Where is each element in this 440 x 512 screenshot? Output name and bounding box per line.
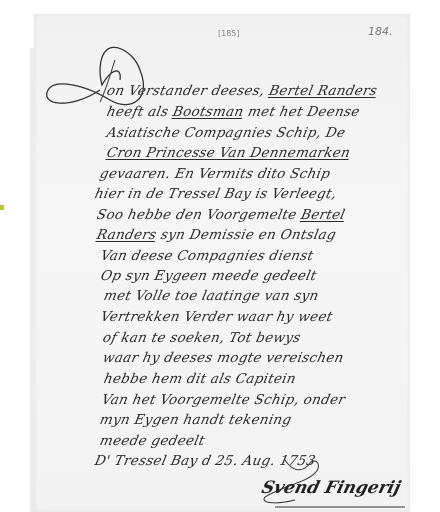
line-text: Soo hebbe den Voorgemelte xyxy=(95,207,303,223)
line-text: of kan te soeken, Tot bewys xyxy=(101,330,302,346)
manuscript-line: waar hy deeses mogte vereischen xyxy=(101,350,345,366)
manuscript-line: Vertrekken Verder waar hy weet xyxy=(99,309,334,325)
line-text: Asiatische Compagnies Schip, De xyxy=(105,125,347,141)
line-text: met Volle toe laatinge van syn xyxy=(102,288,320,304)
line-text: Vertrekken Verder waar hy weet xyxy=(99,309,334,325)
manuscript-line: Cron Princesse Van Dennemarken xyxy=(105,145,351,161)
manuscript-line: gevaaren. En Vermits dito Schip xyxy=(98,166,332,182)
line-text: myn Eygen handt tekening xyxy=(98,412,293,428)
line-text: met het Deense xyxy=(242,104,362,120)
margin-mark xyxy=(0,205,4,210)
underlined-name: Bertel Randers xyxy=(267,83,378,99)
manuscript-line: meede gedeelt xyxy=(98,433,206,449)
manuscript-line: myn Eygen handt tekening xyxy=(98,412,293,428)
manuscript-line: of kan te soeken, Tot bewys xyxy=(101,330,302,346)
manuscript-line: hier in de Tressel Bay is Verleegt, xyxy=(93,186,338,202)
manuscript-line: Op syn Eygeen meede gedeelt xyxy=(99,268,318,284)
manuscript-line: heeft als Bootsman met het Deense xyxy=(105,104,361,120)
archive-number: [185] xyxy=(218,29,240,38)
line-text: heeft als xyxy=(105,104,174,120)
manuscript-line: Asiatische Compagnies Schip, De xyxy=(105,125,347,141)
manuscript-line: Van het Voorgemelte Schip, onder xyxy=(100,392,347,408)
line-text: on Verstander deeses, xyxy=(105,83,271,99)
manuscript-line: met Volle toe laatinge van syn xyxy=(102,288,320,304)
line-text: syn Demissie en Ontslag xyxy=(155,227,338,243)
manuscript-line: hebbe hem dit als Capitein xyxy=(102,371,297,387)
signature: Svend Fingerij xyxy=(260,478,403,498)
underlined-name: Bertel xyxy=(299,207,346,223)
line-text: hebbe hem dit als Capitein xyxy=(102,371,297,387)
decorative-initial-d-icon xyxy=(40,40,160,110)
line-text: Van het Voorgemelte Schip, onder xyxy=(100,392,347,408)
folio-number: 184. xyxy=(368,25,393,38)
line-text: Van deese Compagnies dienst xyxy=(99,248,315,264)
manuscript-line: Van deese Compagnies dienst xyxy=(99,248,315,264)
manuscript-line: Soo hebbe den Voorgemelte Bertel xyxy=(95,207,346,223)
line-text: waar hy deeses mogte vereischen xyxy=(101,350,345,366)
line-text: hier in de Tressel Bay is Verleegt, xyxy=(93,186,338,202)
manuscript-line: on Verstander deeses, Bertel Randers xyxy=(105,83,378,99)
underlined-name: Bootsman xyxy=(171,104,245,120)
line-text: Op syn Eygeen meede gedeelt xyxy=(99,268,318,284)
underlined-name: Cron Princesse Van Dennemarken xyxy=(105,145,351,161)
manuscript-line: Randers syn Demissie en Ontslag xyxy=(95,227,337,243)
line-text: meede gedeelt xyxy=(98,433,206,449)
line-text: gevaaren. En Vermits dito Schip xyxy=(98,166,332,182)
underlined-name: Randers xyxy=(95,227,158,243)
